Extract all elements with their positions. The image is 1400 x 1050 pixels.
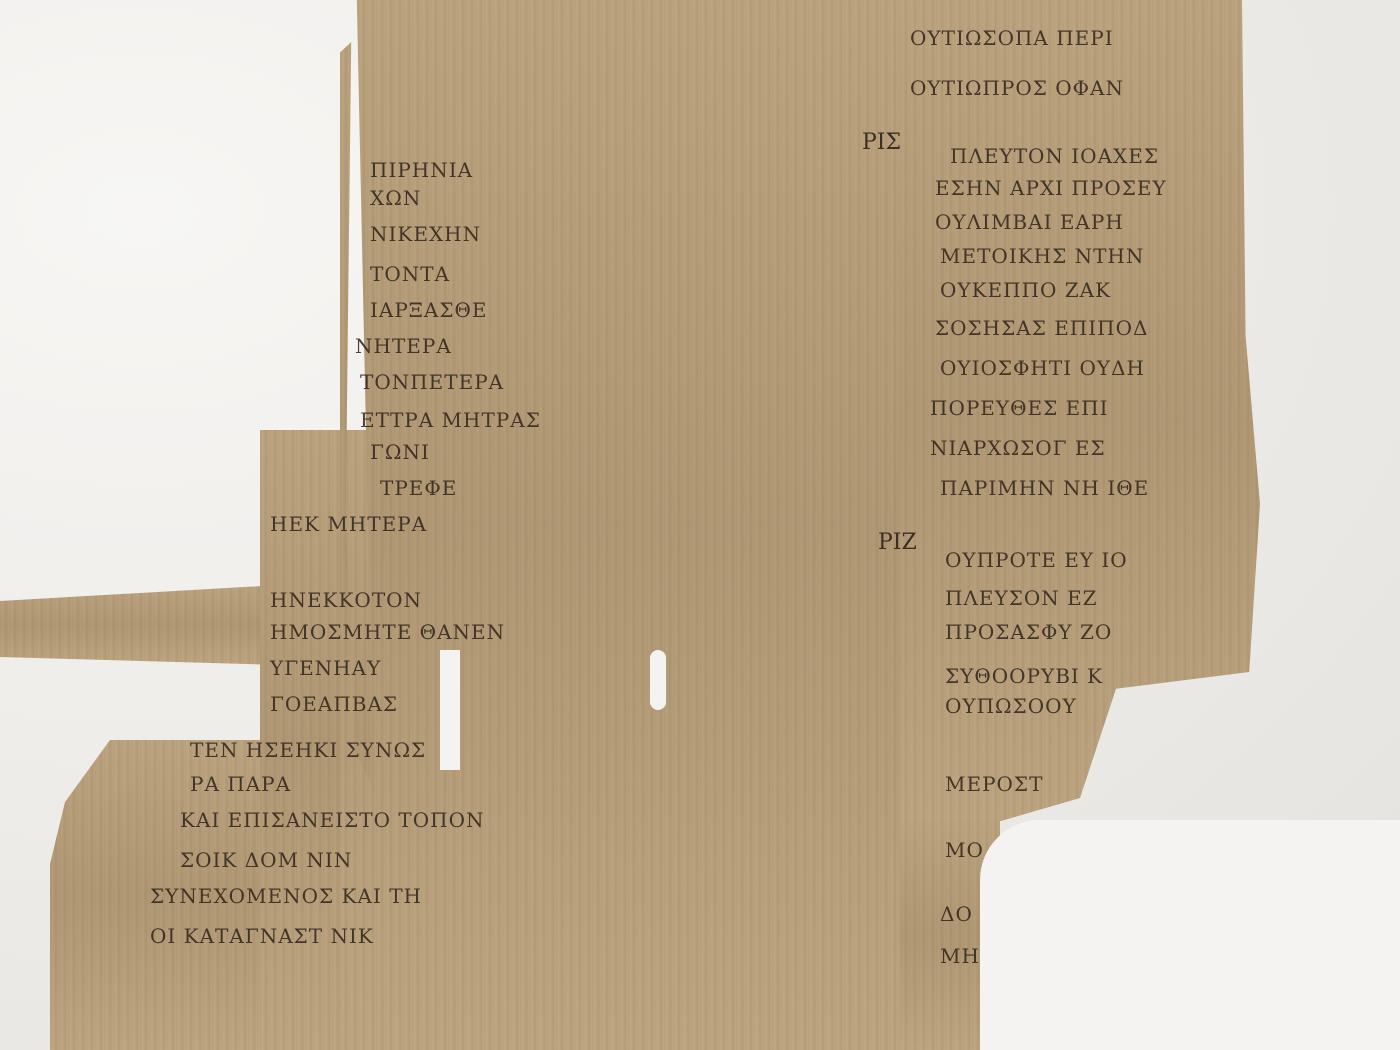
text-line: ΝΗΤΕΡΑ — [355, 336, 452, 356]
text-line: ΠΡΟΣΑΣΦΥ ΖΟ — [945, 622, 1112, 642]
text-line: ΕΤΤΡΑ ΜΗΤΡΑΣ — [360, 410, 541, 430]
text-line: ΠΛΕΥΤΟΝ ΙΟΑΧΕΣ — [950, 146, 1159, 166]
text-line: ΗΕΚ ΜΗΤΕΡΑ — [270, 514, 427, 534]
text-line: ΟΥΠΩΣΟΟΥ — [945, 696, 1077, 716]
text-line: ΓΩΝΙ — [370, 442, 430, 462]
text-line: ΗΝΕΚΚΟΤΟΝ — [270, 590, 422, 610]
text-line: ΓΟΕΑΠΒΑΣ — [270, 694, 398, 714]
text-line: ΔΟ — [940, 904, 973, 924]
text-line: ΣΥΘΟΟΡΥΒΙ Κ — [945, 666, 1103, 686]
text-line: ΜΗ — [940, 946, 980, 966]
text-line: ΝΙΚΕΧΗΝ — [370, 224, 481, 244]
text-line: ΣΥΝΕΧΟΜΕΝΟΣ ΚΑΙ ΤΗ — [150, 886, 422, 906]
text-line: ΠΛΕΥΣΟΝ ΕΖ — [945, 588, 1098, 608]
text-line: ΧΩΝ — [370, 188, 421, 208]
text-line: ΟΥΠΡΟΤΕ ΕΥ ΙΟ — [945, 550, 1128, 570]
text-line: ΗΜΟΣΜΗΤΕ ΘΑΝΕΝ — [270, 622, 505, 642]
text-line: ΠΑΡΙΜΗΝ ΝΗ ΙΘΕ — [940, 478, 1149, 498]
text-line: ΟΥΚΕΠΠΟ ΖΑΚ — [940, 280, 1111, 300]
text-line: ΜΟ — [945, 840, 984, 860]
papyrus-hole — [440, 650, 460, 770]
text-line: ΚΑΙ ΕΠΙΣΑΝΕΙΣΤΟ ΤΟΠΟΝ — [180, 810, 484, 830]
text-line: ΡΑ ΠΑΡΑ — [190, 774, 291, 794]
text-line: ΣΟΙΚ ΔΟΜ ΝΙΝ — [180, 850, 352, 870]
text-line: ΤΕΝ ΗΣΕΗΚΙ ΣΥΝΩΣ — [190, 740, 426, 760]
text-line: ΟΙ ΚΑΤΑΓΝΑΣΤ ΝΙΚ — [150, 926, 374, 946]
marginal-numeral: ΡΙΣ — [862, 130, 901, 155]
papyrus-hole — [650, 650, 666, 710]
marginal-numeral: ΡΙΖ — [878, 530, 917, 555]
text-line: ΝΙΑΡΧΩΣΟΓ ΕΣ — [930, 438, 1106, 458]
text-line: ΠΙΡΗΝΙΑ — [370, 160, 473, 180]
text-line: ΙΑΡΞΑΣΘΕ — [370, 300, 487, 320]
text-line: ΤΟΝΤΑ — [370, 264, 450, 284]
text-line: ΟΥΤΙΩΠΡΟΣ ΟΦΑΝ — [910, 78, 1124, 98]
text-line: ΟΥΤΙΩΣΟΠΑ ΠΕΡΙ — [910, 28, 1114, 48]
text-line: ΟΥΙΟΣΦΗΤΙ ΟΥΔΗ — [940, 358, 1145, 378]
text-line: ΕΣΗΝ ΑΡΧΙ ΠΡΟΣΕΥ — [935, 178, 1167, 198]
text-line: ΣΟΣΗΣΑΣ ΕΠΙΠΟΔ — [935, 318, 1148, 338]
text-line: ΥΓΕΝΗΑΥ — [270, 658, 381, 678]
text-line: ΜΕΤΟΙΚΗΣ ΝΤΗΝ — [940, 246, 1144, 266]
text-line: ΤΡΕΦΕ — [380, 478, 457, 498]
text-line: ΜΕΡΟΣΤ — [945, 774, 1043, 794]
papyrus-gap — [980, 820, 1400, 1050]
text-line: ΠΟΡΕΥΘΕΣ ΕΠΙ — [930, 398, 1109, 418]
text-line: ΤΟΝΠΕΤΕΡΑ — [360, 372, 504, 392]
text-line: ΟΥΛΙΜΒΑΙ ΕΑΡΗ — [935, 212, 1124, 232]
